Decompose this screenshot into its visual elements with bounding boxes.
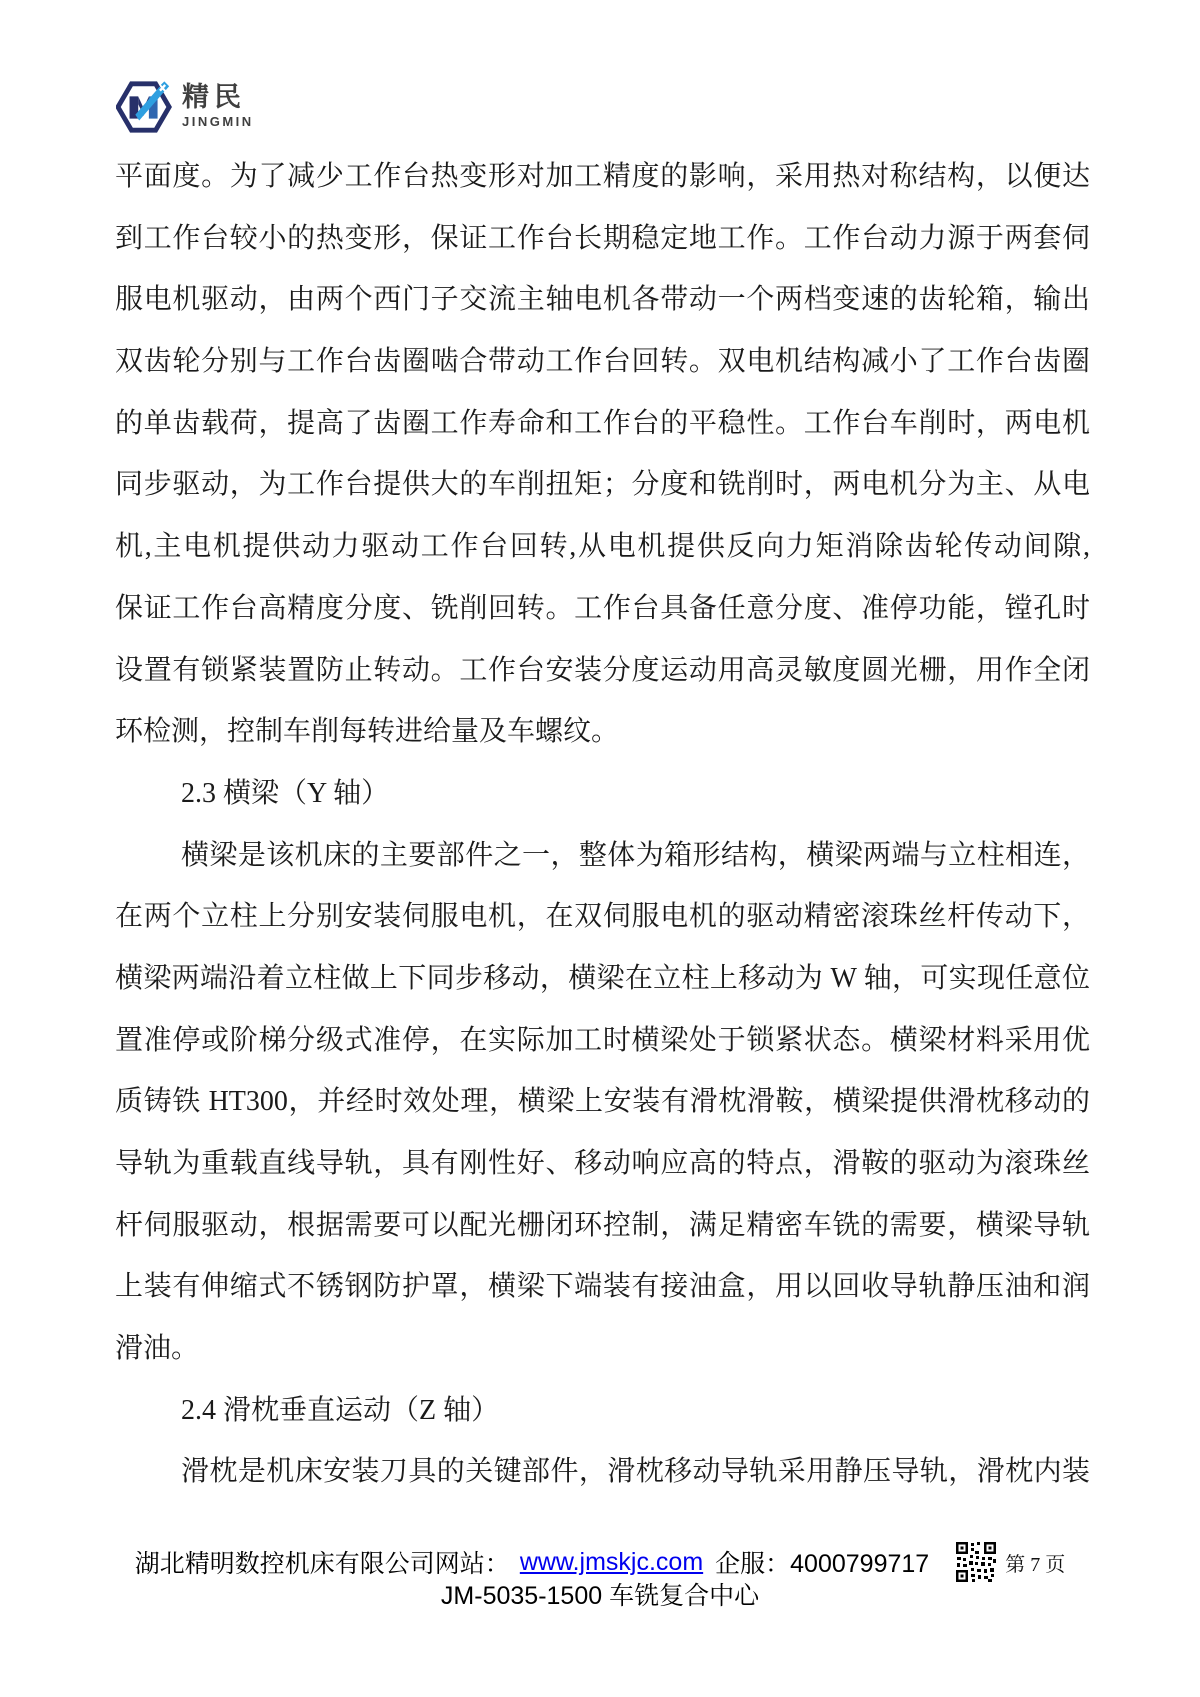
body-line: 质铸铁 HT300，并经时效处理，横梁上安装有滑枕滑鞍，横梁提供滑枕移动的 [115,1071,1090,1133]
body-line: 的单齿载荷，提高了齿圈工作寿命和工作台的平稳性。工作台车削时，两电机 [115,393,1090,455]
body-line: 机,主电机提供动力驱动工作台回转,从电机提供反向力矩消除齿轮传动间隙, [115,516,1090,578]
page-number: 第 7 页 [1005,1548,1065,1577]
body-line: 在两个立柱上分别安装伺服电机，在双伺服电机的驱动精密滚珠丝杆传动下， [115,886,1090,948]
body-line: 导轨为重载直线导轨，具有刚性好、移动响应高的特点，滑鞍的驱动为滚珠丝 [115,1133,1090,1195]
body-line: 平面度。为了减少工作台热变形对加工精度的影响，采用热对称结构，以便达 [115,146,1090,208]
body-line: 杆伺服驱动，根据需要可以配光栅闭环控制，满足精密车铣的需要，横梁导轨 [115,1195,1090,1257]
body-line: 环检测，控制车削每转进给量及车螺纹。 [115,701,1090,763]
body-line: 横梁是该机床的主要部件之一，整体为箱形结构，横梁两端与立柱相连， [115,825,1090,887]
jingmin-hexagon-logo-icon [116,78,174,136]
document-page: 精民 JINGMIN 平面度。为了减少工作台热变形对加工精度的影响，采用热对称结… [0,0,1200,1697]
body-line: 同步驱动，为工作台提供大的车削扭矩；分度和铣削时，两电机分为主、从电 [115,454,1090,516]
document-body: 平面度。为了减少工作台热变形对加工精度的影响，采用热对称结构，以便达 到工作台较… [115,146,1090,1503]
body-line: 保证工作台高精度分度、铣削回转。工作台具备任意分度、准停功能，镗孔时 [115,578,1090,640]
brand-name-en: JINGMIN [182,114,254,129]
footer-company-label: 湖北精明数控机床有限公司网站： [135,1544,510,1580]
section-heading-2-4: 2.4 滑枕垂直运动（Z 轴） [115,1380,1090,1442]
body-line: 双齿轮分别与工作台齿圈啮合带动工作台回转。双电机结构减小了工作台齿圈 [115,331,1090,393]
section-heading-2-3: 2.3 横梁（Y 轴） [115,763,1090,825]
body-line: 上装有伸缩式不锈钢防护罩，横梁下端装有接油盒，用以回收导轨静压油和润 [115,1256,1090,1318]
body-line: 到工作台较小的热变形，保证工作台长期稳定地工作。工作台动力源于两套伺 [115,208,1090,270]
body-line: 滑枕是机床安装刀具的关键部件，滑枕移动导轨采用静压导轨，滑枕内装 [115,1441,1090,1503]
brand-name-cn: 精民 [182,84,254,111]
body-line: 滑油。 [115,1318,1090,1380]
footer-website-link[interactable]: www.jmskjc.com [520,1548,703,1577]
body-line: 横梁两端沿着立柱做上下同步移动，横梁在立柱上移动为 W 轴，可实现任意位 [115,948,1090,1010]
body-line: 设置有锁紧装置防止转动。工作台安装分度运动用高灵敏度圆光栅，用作全闭 [115,640,1090,702]
body-line: 服电机驱动，由两个西门子交流主轴电机各带动一个两档变速的齿轮箱，输出 [115,269,1090,331]
company-logo: 精民 JINGMIN [116,78,254,136]
body-line: 置准停或阶梯分级式准停，在实际加工时横梁处于锁紧状态。横梁材料采用优 [115,1010,1090,1072]
footer-model-line: JM-5035-1500 车铣复合中心 [0,1576,1200,1612]
logo-text-block: 精民 JINGMIN [182,84,254,129]
footer-service-phone: 企服：4000799717 [715,1544,929,1580]
